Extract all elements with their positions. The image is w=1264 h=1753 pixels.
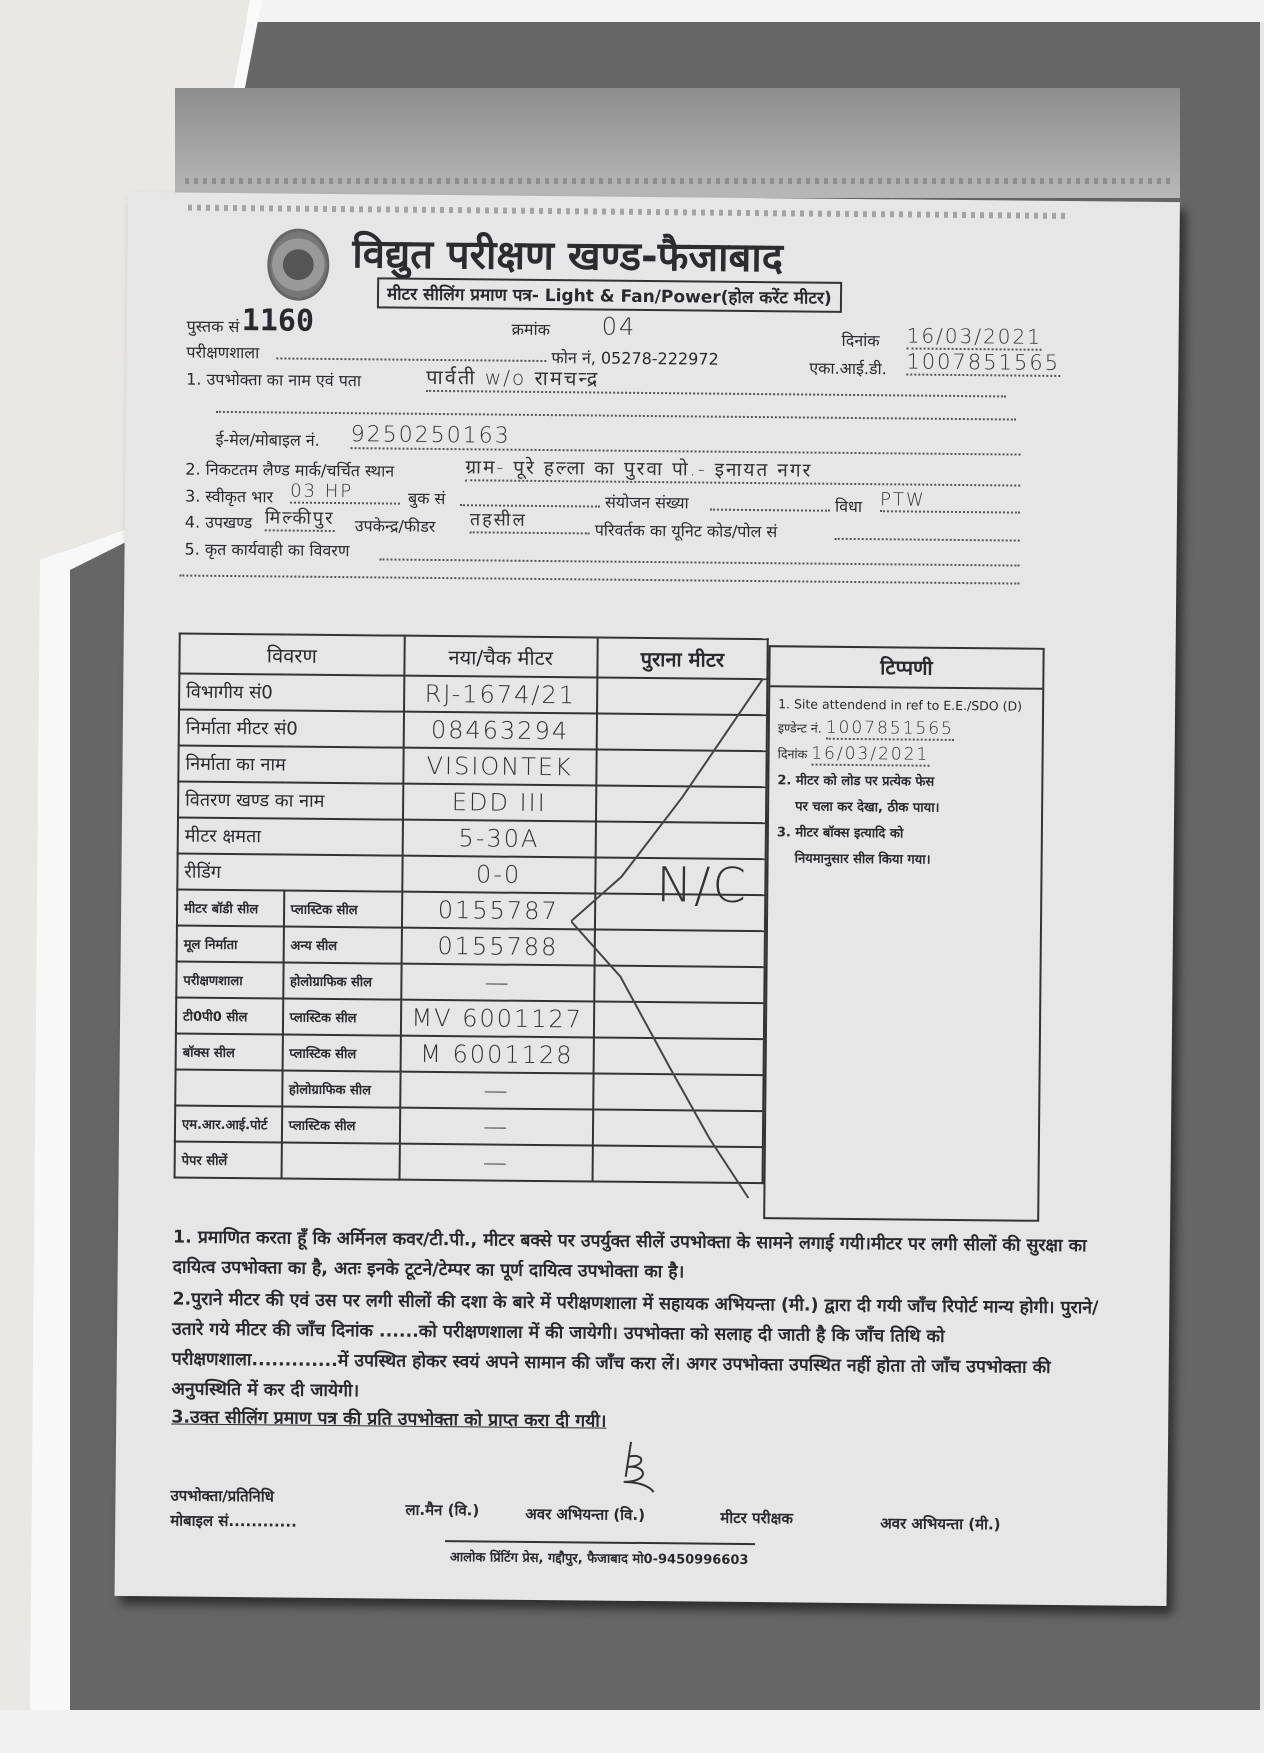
- form-subtitle: मीटर सीलिंग प्रमाण पत्र- Light & Fan/Pow…: [377, 277, 842, 312]
- row-label: एम.आर.आई.पोर्ट: [175, 1105, 282, 1142]
- page-title: विद्युत परीक्षण खण्ड-फैजाबाद: [352, 224, 783, 283]
- declaration-1: 1. प्रमाणित करता हूँ कि अर्मिनल कवर/टी.प…: [173, 1222, 1104, 1291]
- consumer-mobile-label: मोबाइल सं............: [170, 1510, 297, 1531]
- row-label: परीक्षणशाला: [176, 962, 283, 999]
- date-value: 16/03/2021: [907, 323, 1043, 350]
- bookno-label: बुक सं: [408, 487, 446, 509]
- type-label: विधा: [835, 495, 862, 517]
- new-meter-value: 0155787: [402, 892, 595, 930]
- connection-field: [710, 492, 830, 512]
- new-meter-value: —: [399, 1144, 592, 1182]
- new-meter-value: 08463294: [403, 712, 596, 750]
- row-sublabel: अन्य सील: [283, 927, 401, 964]
- row-label: मूल निर्माता: [177, 926, 284, 963]
- row-label: मीटर बॉडी सील: [177, 890, 284, 927]
- landmark-value: ग्राम- पूरे हल्ला का पुरवा पो.- इनायत नग…: [465, 453, 1020, 486]
- row-label: मीटर क्षमता: [178, 818, 403, 856]
- consumer-value: पार्वती w/o रामचन्द्र: [426, 363, 1006, 398]
- row-sublabel: [281, 1143, 399, 1180]
- new-meter-value: EDD III: [403, 784, 596, 822]
- je-meter-signature-label: अवर अभियन्ता (मी.): [880, 1513, 1000, 1534]
- row-label: [175, 1069, 282, 1106]
- remarks-line-2b: पर चला कर देखा, ठीक पाया।: [769, 792, 1041, 821]
- old-meter-note: N/C: [656, 857, 748, 914]
- action-field-2: [179, 565, 1019, 585]
- printer-divider: [445, 1540, 755, 1545]
- new-meter-value: M 6001128: [400, 1036, 593, 1074]
- new-meter-value: —: [400, 1072, 593, 1110]
- col-header-new-meter: नया/चैक मीटर: [404, 636, 597, 678]
- serial-label: क्रमांक: [512, 318, 551, 340]
- new-meter-value: MV 6001127: [401, 1000, 594, 1038]
- remarks-indent: इण्डेन्ट नं. 1007851565: [770, 714, 1042, 743]
- mobile-value: 9250250163: [351, 422, 1021, 455]
- landmark-label: 2. निकटतम लैण्ड मार्क/चर्चित स्थान: [185, 458, 394, 482]
- load-label: 3. स्वीकृत भार: [185, 485, 273, 508]
- transformer-label: परिवर्तक का यूनिट कोड/पोल सं: [595, 518, 778, 542]
- new-meter-value: 5-30A: [402, 820, 595, 858]
- new-meter-value: —: [400, 1108, 593, 1146]
- consumer-signature-label: उपभोक्ता/प्रतिनिधि: [170, 1485, 274, 1506]
- remarks-line-3a: 3. मीटर बॉक्स इत्यादि को: [769, 818, 1041, 847]
- new-meter-value: —: [401, 964, 594, 1002]
- row-label: टी0पी0 सील: [176, 998, 283, 1035]
- action-label: 5. कृत कार्यवाही का विवरण: [184, 538, 349, 562]
- certificate-page: विद्युत परीक्षण खण्ड-फैजाबाद मीटर सीलिंग…: [115, 192, 1180, 1606]
- row-label: निर्माता का नाम: [178, 746, 403, 784]
- action-field: [379, 541, 1019, 566]
- row-sublabel: प्लास्टिक सील: [282, 1035, 400, 1072]
- row-sublabel: प्लास्टिक सील: [284, 891, 402, 928]
- row-label: पेपर सीलें: [175, 1141, 282, 1178]
- row-label: विभागीय सं0: [179, 674, 404, 712]
- row-label: रीडिंग: [177, 854, 402, 892]
- feeder-label: उपकेन्द्र/फीडर: [355, 514, 436, 537]
- remarks-date-value: 16/03/2021: [811, 744, 929, 767]
- row-label: बॉक्स सील: [176, 1033, 283, 1070]
- row-sublabel: प्लास्टिक सील: [281, 1107, 399, 1144]
- lineman-signature-label: ला.मैन (वि.): [405, 1500, 479, 1521]
- perforation: [188, 205, 1068, 219]
- row-sublabel: प्लास्टिक सील: [282, 999, 400, 1036]
- tester-signature-label: मीटर परीक्षक: [720, 1508, 793, 1529]
- indent-label: इण्डेन्ट नं.: [778, 720, 822, 735]
- remarks-line-2a: 2. मीटर को लोड पर प्रत्येक फेस: [769, 766, 1041, 795]
- consumer-label: 1. उपभोक्ता का नाम एवं पता: [186, 368, 361, 392]
- mobile-label: ई-मेल/मोबाइल नं.: [216, 428, 320, 451]
- remarks-line-1: 1. Site attendend in ref to E.E./SDO (D): [770, 693, 1042, 717]
- remarks-date-label: दिनांक: [778, 746, 808, 761]
- declaration-2: 2.पुराने मीटर की एवं उस पर लगी सीलों की …: [171, 1284, 1102, 1413]
- new-meter-value: 0-0: [402, 856, 595, 894]
- subdivision-label: 4. उपखण्ड: [185, 511, 253, 534]
- remarks-line-3b: नियमानुसार सील किया गया।: [769, 844, 1041, 873]
- bookno-field: [460, 487, 600, 507]
- book-label: पुस्तक सं: [187, 315, 240, 338]
- serial-number: 04: [602, 313, 637, 341]
- row-sublabel: होलोग्राफिक सील: [282, 1071, 400, 1108]
- type-value: PTW: [880, 489, 1020, 513]
- load-value: 03 HP: [290, 481, 400, 505]
- col-header-detail: विवरण: [179, 634, 404, 676]
- transformer-field: [835, 521, 1020, 542]
- remarks-date: दिनांक 16/03/2021: [770, 740, 1042, 769]
- remarks-box: टिप्पणी 1. Site attendend in ref to E.E.…: [763, 645, 1044, 1222]
- row-sublabel: होलोग्राफिक सील: [283, 963, 401, 1000]
- feeder-value: तहसील: [470, 507, 590, 534]
- remarks-title: टिप्पणी: [770, 647, 1042, 690]
- signature-mark: [615, 1437, 656, 1497]
- printer-credit: आलोक प्रिंटिंग प्रेस, गद्दौपुर, फैजाबाद …: [450, 1547, 749, 1568]
- new-meter-value: 0155788: [401, 928, 594, 966]
- address-line: [216, 393, 1016, 421]
- new-meter-value: VISIONTEK: [403, 748, 596, 786]
- connection-label: संयोजन संख्या: [605, 491, 689, 514]
- new-meter-value: RJ-1674/21: [404, 676, 597, 714]
- col-header-old-meter: पुराना मीटर: [597, 638, 768, 680]
- indent-value: 1007851565: [826, 718, 954, 741]
- row-label: वितरण खण्ड का नाम: [178, 782, 403, 820]
- subdivision-value: मिल्कीपुर: [265, 505, 335, 532]
- je-dist-signature-label: अवर अभियन्ता (वि.): [525, 1504, 645, 1525]
- lab-label: परीक्षणशाला: [186, 341, 259, 364]
- date-label: दिनांक: [842, 329, 880, 351]
- old-meter-cross-out: [568, 676, 768, 1208]
- emblem-logo: [267, 228, 330, 301]
- lab-field: [276, 341, 546, 362]
- row-label: निर्माता मीटर सं0: [179, 710, 404, 748]
- book-number: 1160: [242, 303, 315, 339]
- perforation: [185, 178, 1175, 184]
